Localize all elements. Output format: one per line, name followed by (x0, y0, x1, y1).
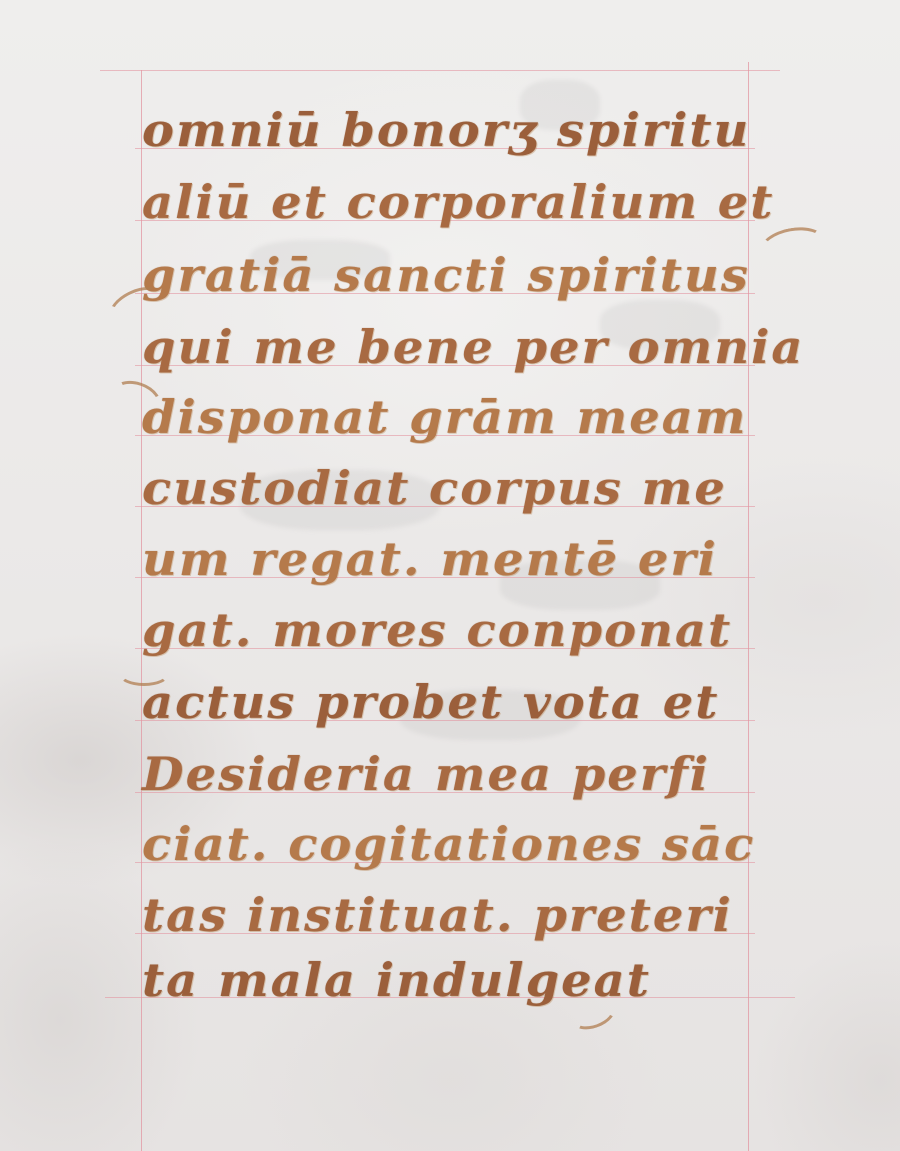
text-line-7: um regat. mentē eri (142, 529, 787, 589)
text-line-11: ciat. cogitationes sāc (142, 814, 787, 874)
text-line-9: actus probet vota et (142, 672, 787, 732)
manuscript-text-block: omniū bonorʒ spiritu aliū et corporali… (0, 0, 900, 1151)
text-line-13: ta mala indulgeat (142, 950, 787, 1010)
text-line-3: gratiā sancti spiritus (142, 245, 787, 305)
text-line-4: qui me bene per omnia (142, 317, 787, 377)
text-line-12: tas instituat. preteri (142, 885, 787, 945)
text-line-6: custodiat corpus me (142, 458, 787, 518)
text-line-1: omniū bonorʒ spiritu (142, 100, 787, 160)
left-margin-flourish (118, 660, 170, 686)
text-line-8: gat. mores conponat (142, 600, 787, 660)
text-line-2: aliū et corporalium et (142, 172, 787, 232)
text-line-5: disponat grām meam (142, 387, 787, 447)
text-line-10: Desideria mea perfi (142, 744, 787, 804)
